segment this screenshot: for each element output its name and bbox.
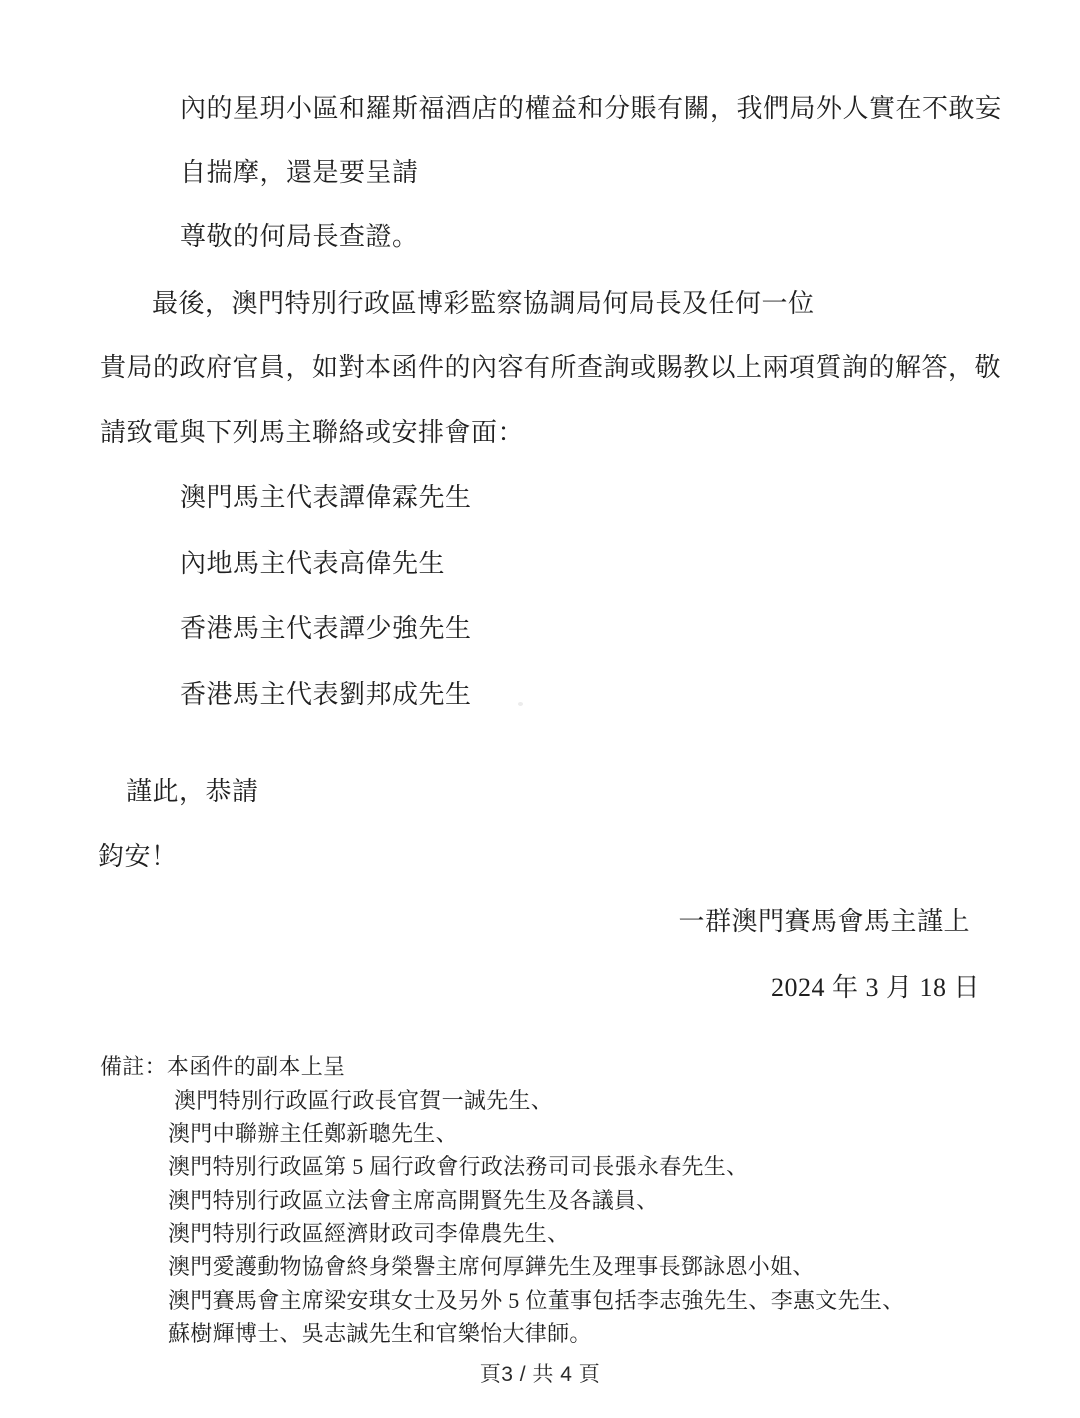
closing-paragraph-line-3: 請致電與下列馬主聯絡或安排會面： [100,417,524,450]
cc-list-item-1: 澳門特別行政區行政長官賀一誠先生、 [174,1087,553,1115]
letter-page: 內的星玥小區和羅斯福酒店的權益和分賬有關，我們局外人實在不敢妄 自揣摩，還是要呈… [0,0,1080,1418]
representative-hongkong-1: 香港馬主代表譚少強先生 [180,613,472,646]
closing-paragraph-line-1: 最後，澳門特別行政區博彩監察協調局何局長及任何一位 [152,288,815,321]
closing-paragraph-line-2: 貴局的政府官員，如對本函件的內容有所查詢或賜教以上兩項質詢的解答，敬 [100,352,1001,385]
scan-artifact [518,702,523,706]
cc-list-item-3: 澳門特別行政區第 5 屆行政會行政法務司司長張永春先生、 [168,1153,748,1181]
representative-hongkong-2: 香港馬主代表劉邦成先生 [180,679,472,712]
representative-mainland: 內地馬主代表高偉先生 [180,548,445,581]
notes-header: 備註：本函件的副本上呈 [100,1053,345,1081]
representative-macau: 澳門馬主代表譚偉霖先生 [180,482,472,515]
cc-list-item-6: 澳門愛護動物協會終身榮譽主席何厚鏵先生及理事長鄧詠恩小姐、 [168,1253,815,1281]
continuation-line-1: 內的星玥小區和羅斯福酒店的權益和分賬有關，我們局外人實在不敢妄 [180,93,1002,126]
continuation-line-2: 自揣摩，還是要呈請 [180,157,419,190]
salute: 鈞安！ [98,841,178,874]
page-number-footer: 頁3 / 共 4 頁 [0,1358,1080,1388]
signature-line: 一群澳門賽馬會馬主謹上 [678,906,970,939]
date-line: 2024 年 3 月 18 日 [771,972,980,1005]
cc-list-item-8: 蘇樹輝博士、吳志誠先生和官樂怡大律師。 [168,1320,592,1348]
cc-list-item-5: 澳門特別行政區經濟財政司李偉農先生、 [168,1220,569,1248]
cc-list-item-4: 澳門特別行政區立法會主席高開賢先生及各議員、 [168,1187,659,1215]
cc-list-item-7: 澳門賽馬會主席梁安琪女士及另外 5 位董事包括李志強先生、李惠文先生、 [168,1287,905,1315]
cc-list-item-2: 澳門中聯辦主任鄭新聰先生、 [168,1120,458,1148]
continuation-line-3: 尊敬的何局長查證。 [180,221,419,254]
valediction: 謹此，恭請 [126,776,259,809]
